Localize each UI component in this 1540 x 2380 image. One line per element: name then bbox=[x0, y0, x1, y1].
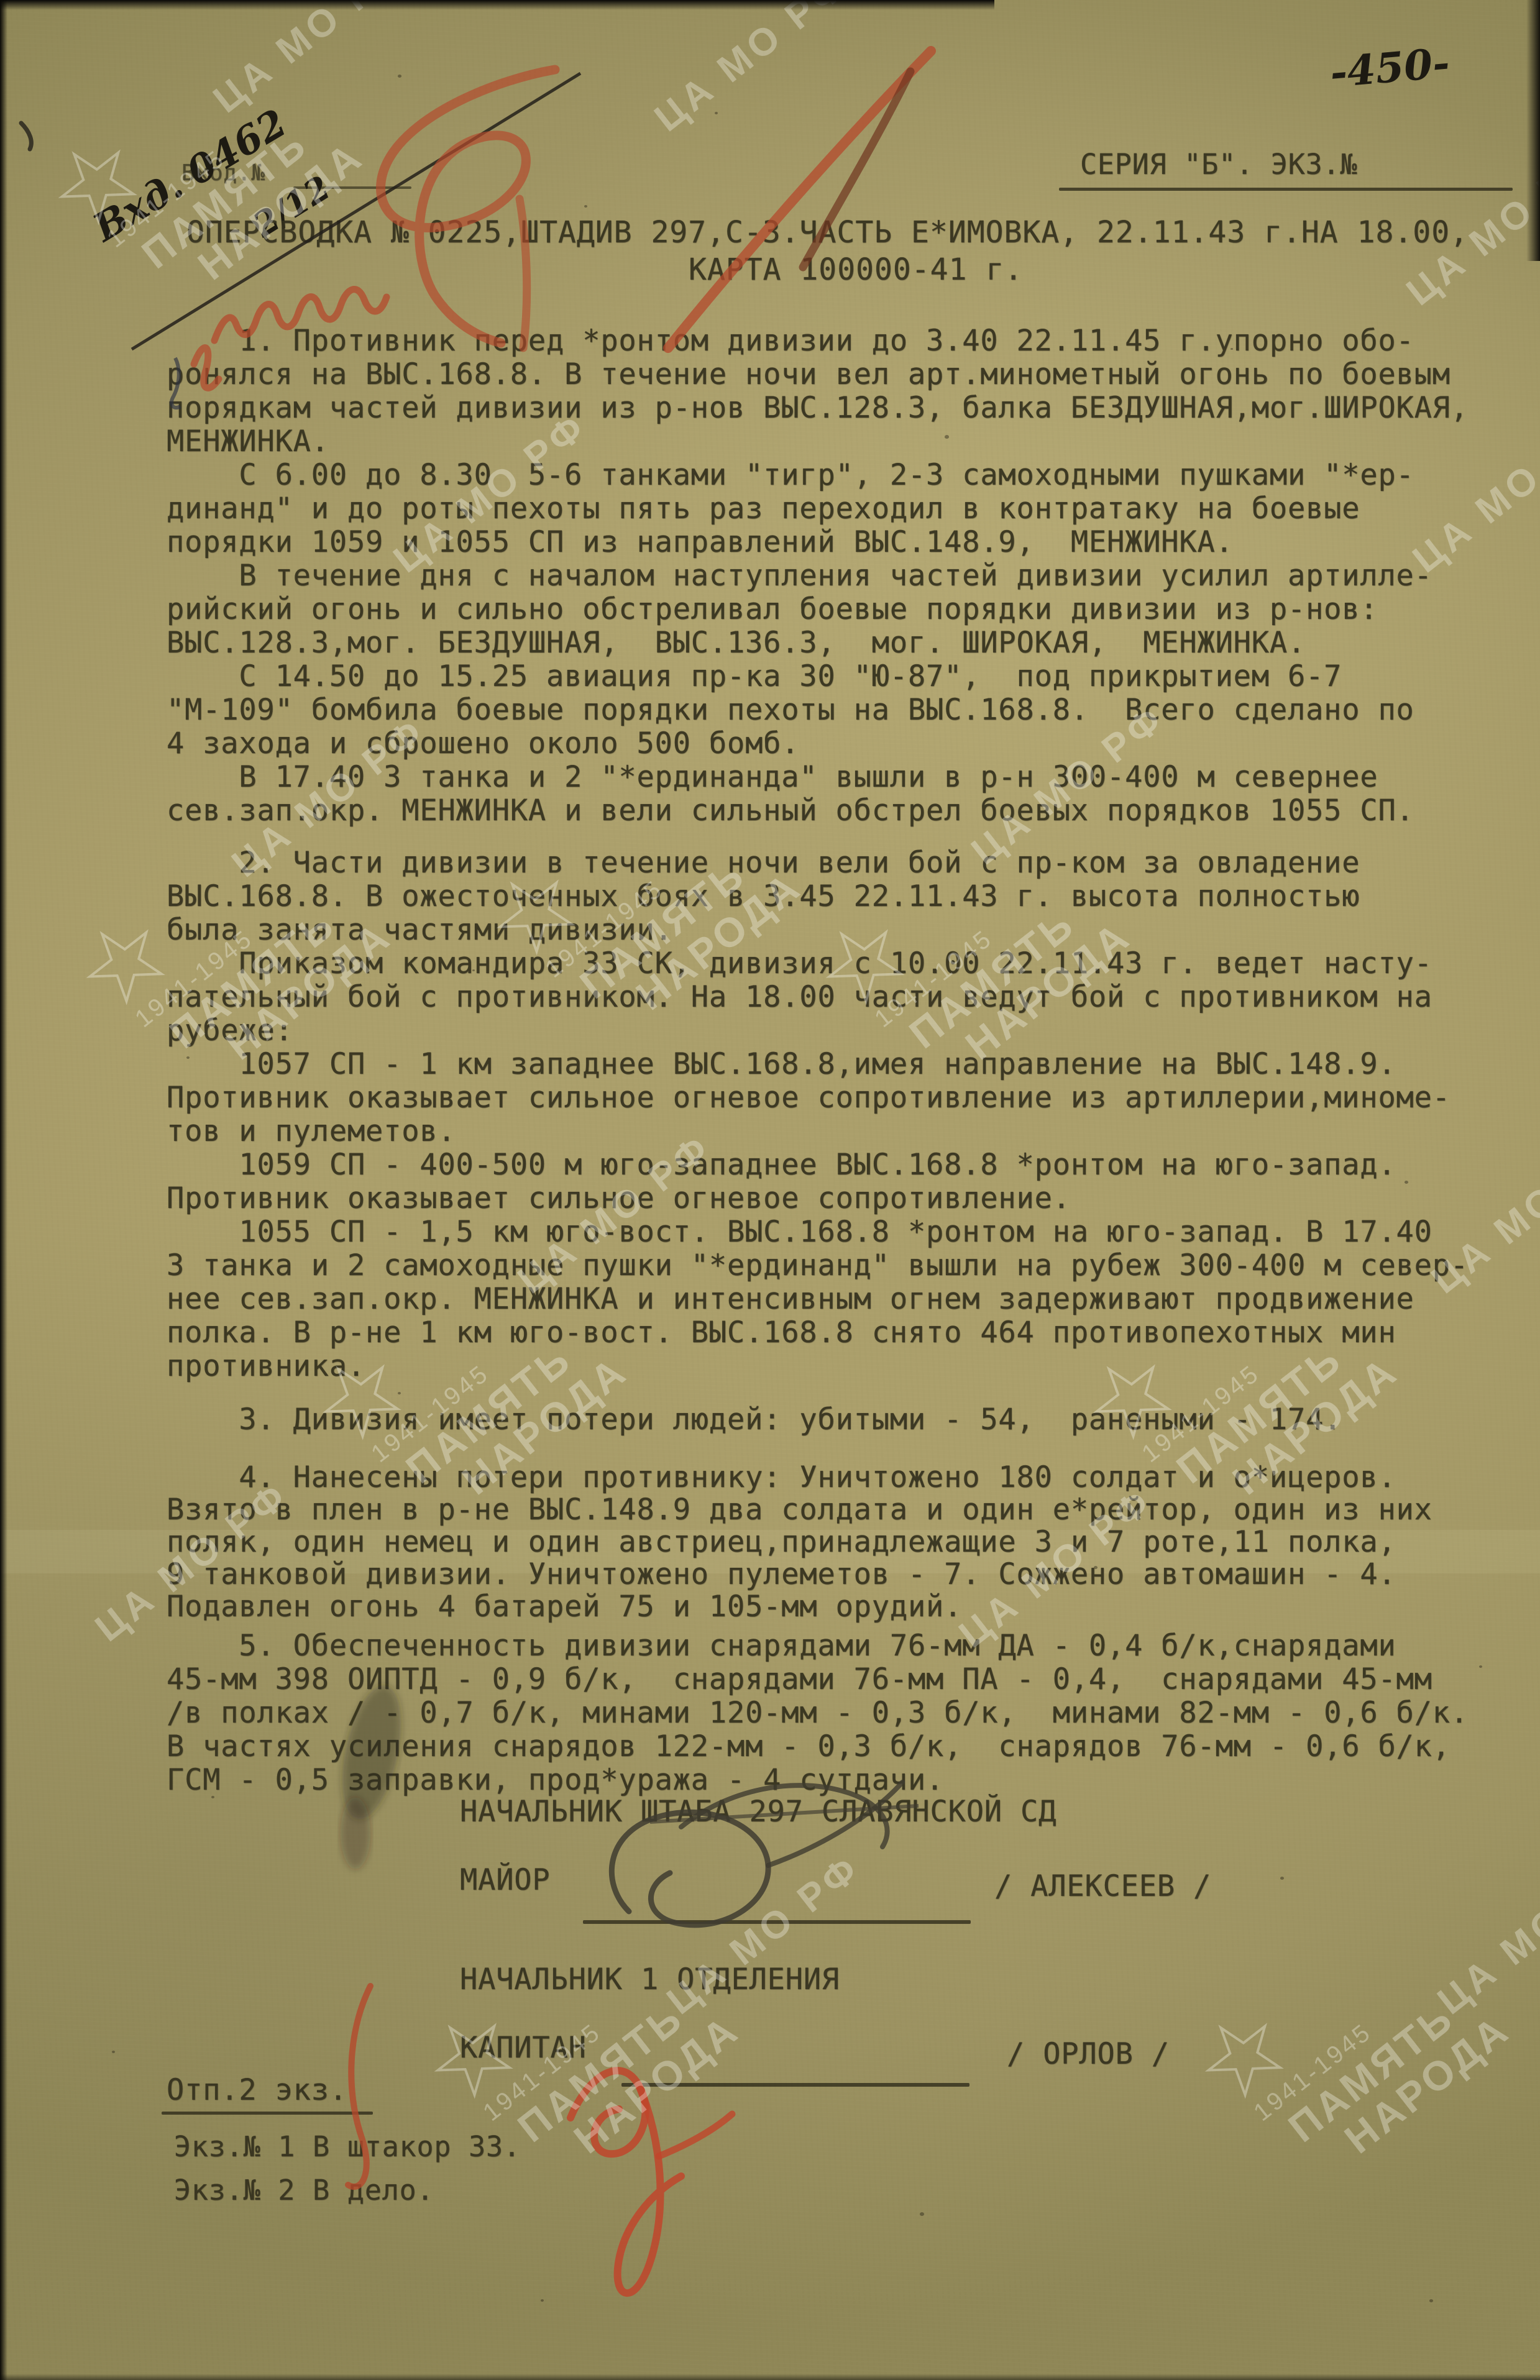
scanned-document-page: -450- СЕРИЯ "Б". ЭКЗ.№ Вход.№ Вхд. 0462 … bbox=[0, 0, 1540, 2380]
scan-edge-right bbox=[1526, 0, 1540, 261]
paper-speck bbox=[186, 1056, 190, 1059]
scan-edge-left bbox=[0, 0, 7, 2380]
paper-speck bbox=[211, 1796, 214, 1798]
ink-smudge bbox=[332, 1680, 411, 1825]
red-signature-loop bbox=[571, 2071, 646, 2154]
red-stroke-long bbox=[668, 51, 931, 348]
red-signature-descender bbox=[618, 2085, 681, 2293]
paper-speck bbox=[112, 2051, 115, 2053]
paper-speck bbox=[945, 435, 949, 439]
black-strike-line bbox=[132, 73, 580, 349]
pencil-signature-cross bbox=[768, 1782, 902, 1865]
scan-edge-top bbox=[0, 0, 994, 10]
handwriting-marks-layer bbox=[0, 0, 1540, 2380]
scan-edge-bottom bbox=[0, 2374, 1540, 2380]
pencil-signature-loop bbox=[612, 1812, 768, 1925]
paper-speck bbox=[1280, 1877, 1284, 1880]
paper-speck bbox=[584, 205, 587, 208]
paper-speck bbox=[920, 2212, 924, 2216]
paper-speck bbox=[398, 75, 401, 78]
black-tick bbox=[21, 123, 31, 149]
paper-speck bbox=[398, 1392, 401, 1394]
red-flourish-tail bbox=[520, 199, 527, 348]
blue-ink-squiggle bbox=[172, 358, 180, 408]
paper-speck bbox=[1429, 2299, 1433, 2302]
red-cursive-capital bbox=[194, 348, 219, 388]
paper-speck bbox=[1318, 783, 1321, 786]
paper-speck bbox=[1094, 1566, 1098, 1569]
paper-speck bbox=[261, 609, 264, 611]
paper-speck bbox=[1405, 1181, 1408, 1184]
red-s-flourish bbox=[348, 1986, 370, 2187]
paper-speck bbox=[1479, 1665, 1482, 1668]
red-cursive-word bbox=[214, 290, 387, 341]
paper-speck bbox=[715, 112, 718, 114]
red-signature-end bbox=[659, 2114, 732, 2156]
paper-speck bbox=[541, 2299, 544, 2302]
ink-smudge-small bbox=[341, 1797, 370, 1869]
